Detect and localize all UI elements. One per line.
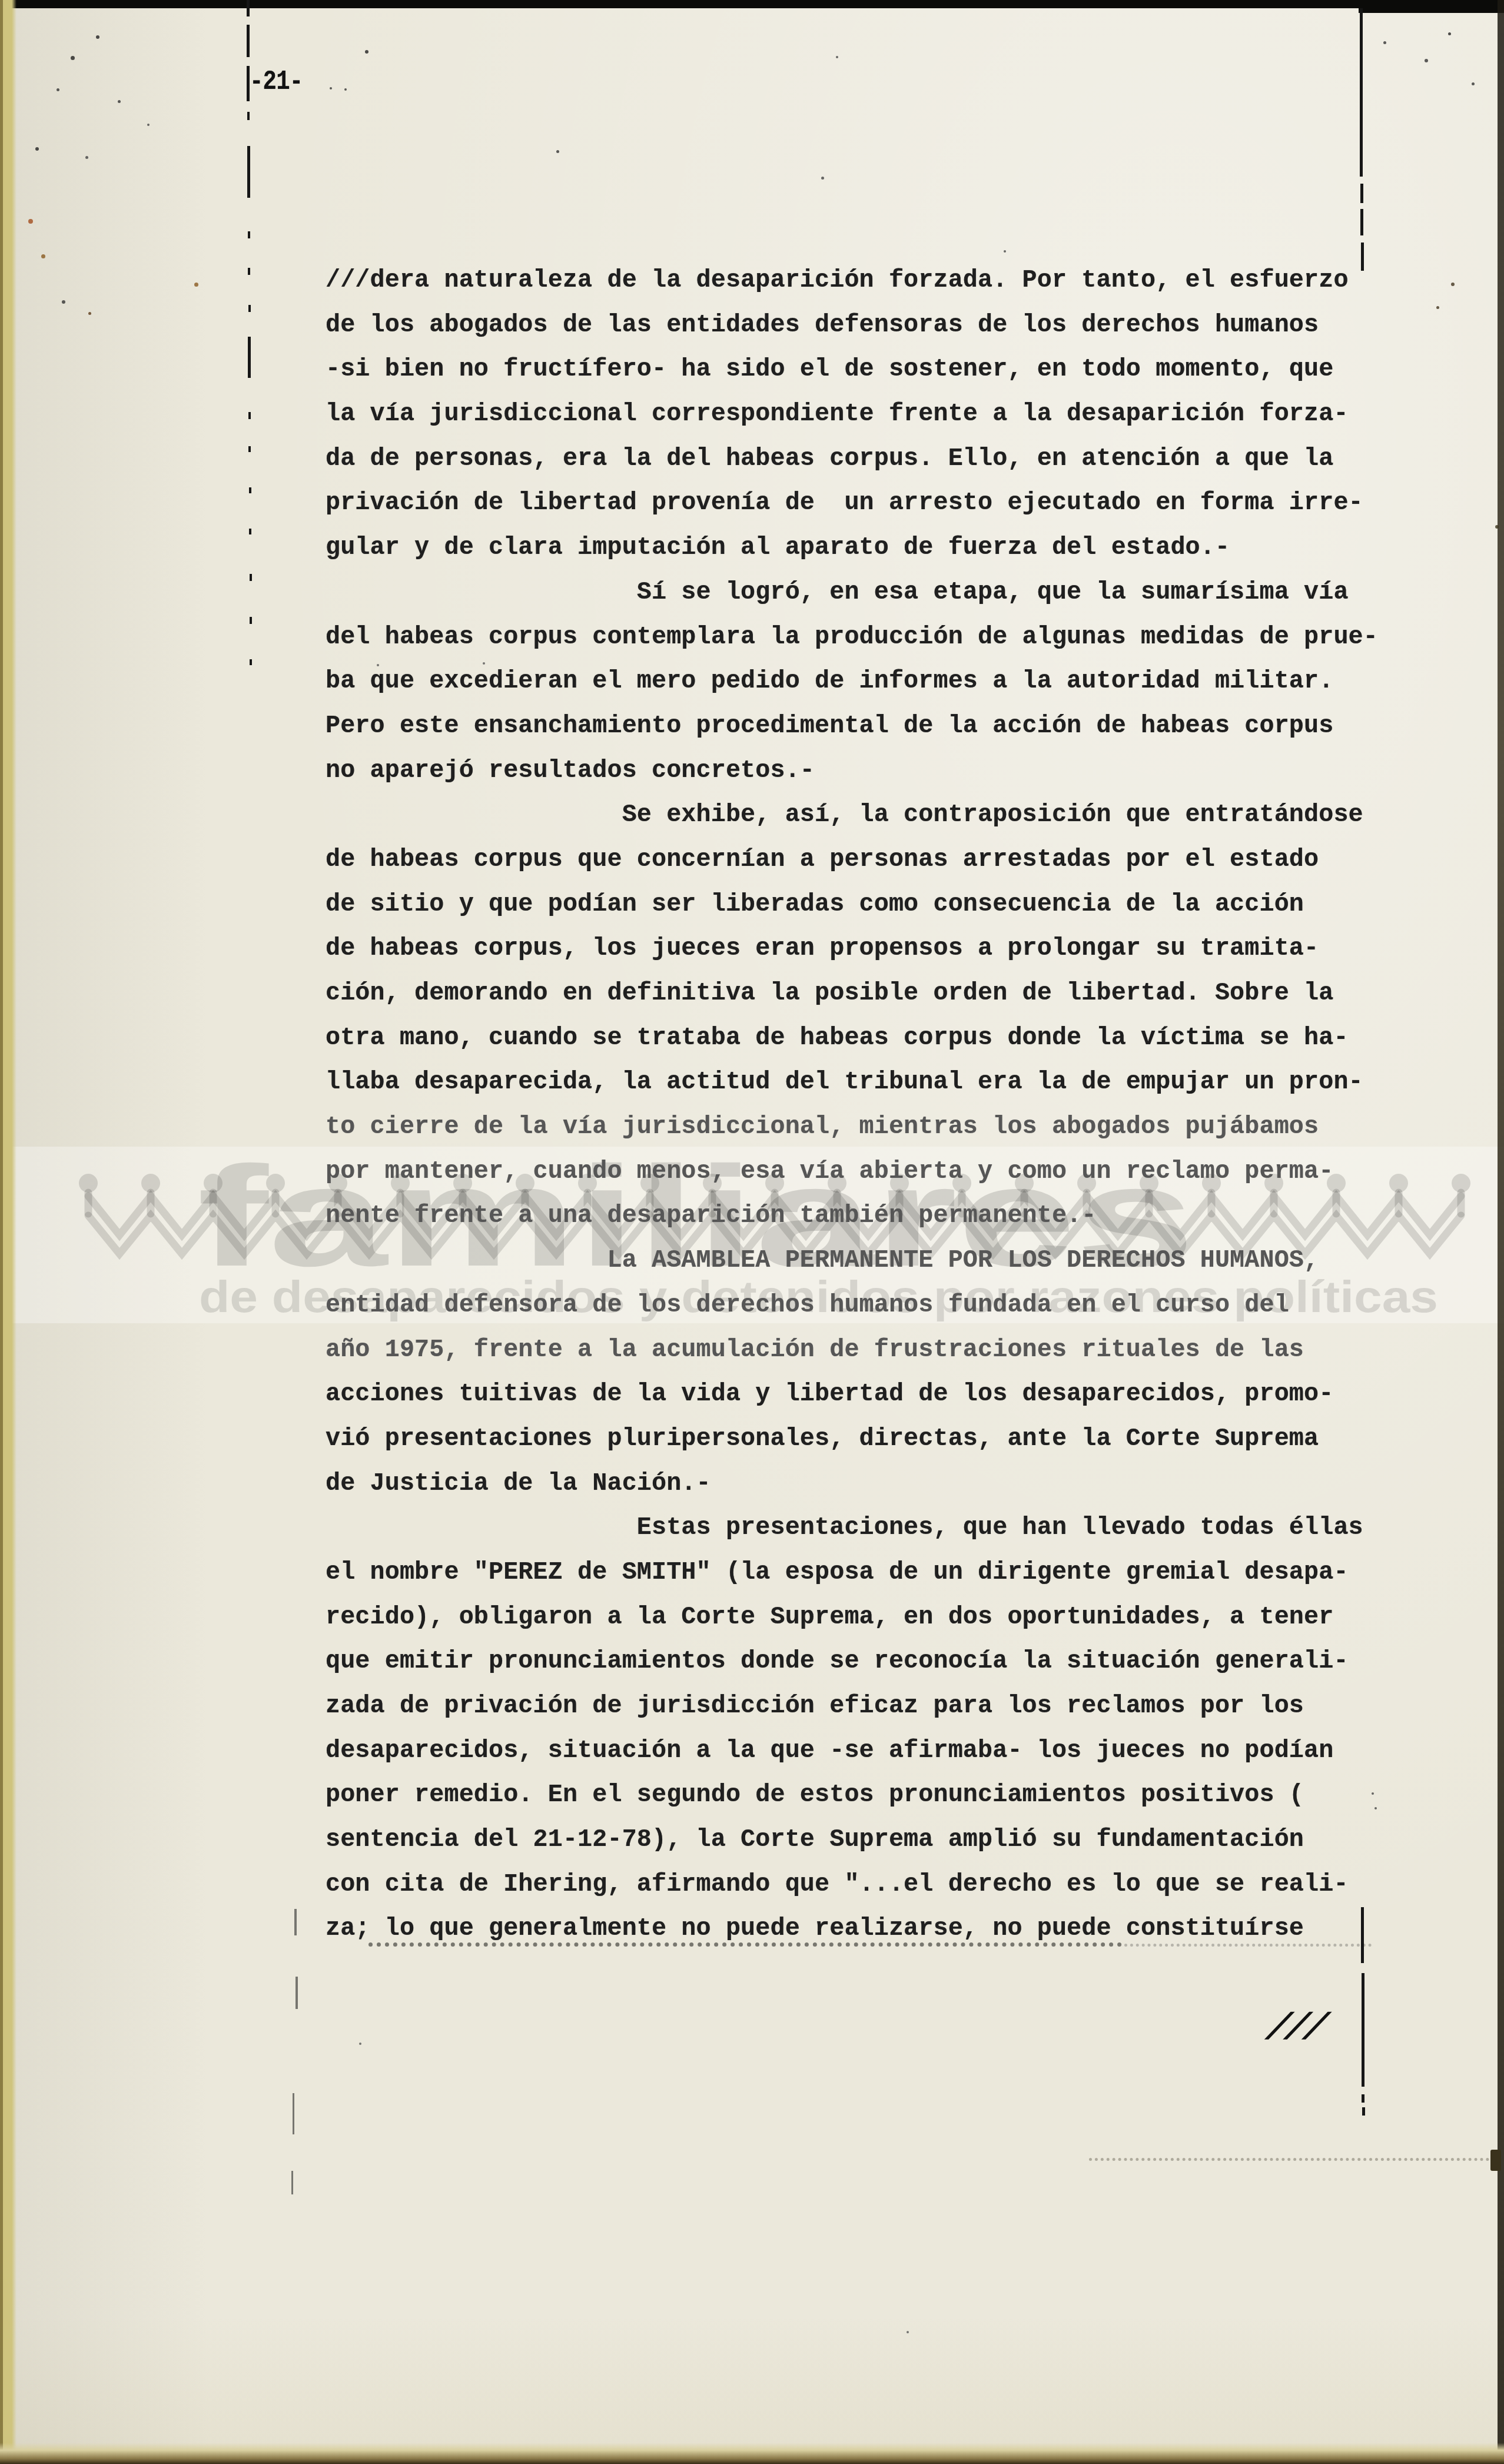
text-line: de los abogados de las entidades defenso… — [326, 303, 1378, 348]
text-line: con cita de Ihering, afirmando que "...e… — [326, 1862, 1378, 1907]
text-line: gular y de clara imputación al aparato d… — [326, 526, 1378, 570]
text-line: recido), obligaron a la Corte Suprema, e… — [326, 1595, 1378, 1640]
text-line: to cierre de la vía jurisdiccional, mien… — [326, 1105, 1378, 1150]
text-line: la vía jurisdiccional correspondiente fr… — [326, 392, 1378, 437]
text-line: que emitir pronunciamientos donde se rec… — [326, 1639, 1378, 1684]
text-line: Sí se logró, en esa etapa, que la sumarí… — [326, 570, 1378, 615]
continuation-mark: /// — [1263, 2011, 1326, 2048]
text-line: de habeas corpus, los jueces eran propen… — [326, 927, 1378, 971]
scanned-document: { "page": { "page_number": "-21-", "cont… — [0, 0, 1504, 2464]
text-line: otra mano, cuando se trataba de habeas c… — [326, 1016, 1378, 1061]
text-line: vió presentaciones pluripersonales, dire… — [326, 1417, 1378, 1462]
text-line: ///dera naturaleza de la desaparición fo… — [326, 258, 1378, 303]
text-line: poner remedio. En el segundo de estos pr… — [326, 1773, 1378, 1818]
typed-text-body: ///dera naturaleza de la desaparición fo… — [326, 258, 1378, 1951]
text-line: el nombre "PEREZ de SMITH" (la esposa de… — [326, 1550, 1378, 1595]
text-line: entidad defensora de los derechos humano… — [326, 1283, 1378, 1328]
text-line: por mantener, cuando menos, esa vía abie… — [326, 1150, 1378, 1194]
text-line: nente frente a una desaparición también … — [326, 1194, 1378, 1238]
text-line: Pero este ensanchamiento procedimental d… — [326, 704, 1378, 749]
text-line: sentencia del 21-12-78), la Corte Suprem… — [326, 1818, 1378, 1862]
bottom-dotted-line — [1089, 2158, 1495, 2161]
text-line: de sitio y que podían ser liberadas como… — [326, 882, 1378, 927]
top-edge-bar — [0, 0, 1504, 8]
right-edge-strip — [1498, 0, 1504, 2464]
text-line: La ASAMBLEA PERMANENTE POR LOS DERECHOS … — [326, 1238, 1378, 1283]
edge-ink-blob — [1490, 2150, 1501, 2171]
left-edge-strip — [0, 0, 16, 2464]
text-line: llaba desaparecida, la actitud del tribu… — [326, 1060, 1378, 1105]
ink-smudge-line-faint — [1124, 1944, 1372, 1947]
text-line: del habeas corpus contemplara la producc… — [326, 615, 1378, 660]
text-line: ción, demorando en definitiva la posible… — [326, 971, 1378, 1016]
text-line: Estas presentaciones, que han llevado to… — [326, 1506, 1378, 1550]
text-line: de habeas corpus que concernían a person… — [326, 838, 1378, 882]
ink-smudge-line — [368, 1942, 1122, 1947]
page-number: -21- — [250, 68, 303, 95]
text-line: privación de libertad provenía de un arr… — [326, 481, 1378, 526]
text-line: da de personas, era la del habeas corpus… — [326, 437, 1378, 481]
text-line: -si bien no fructífero- ha sido el de so… — [326, 347, 1378, 392]
text-line: zada de privación de jurisdicción eficaz… — [326, 1684, 1378, 1729]
text-line: año 1975, frente a la acumulación de fru… — [326, 1328, 1378, 1373]
text-line: Se exhibe, así, la contraposición que en… — [326, 793, 1378, 838]
text-line: no aparejó resultados concretos.- — [326, 749, 1378, 793]
text-line: ba que excedieran el mero pedido de info… — [326, 659, 1378, 704]
text-line: acciones tuitivas de la vida y libertad … — [326, 1372, 1378, 1417]
text-line: de Justicia de la Nación.- — [326, 1462, 1378, 1506]
bottom-edge-strip — [0, 2443, 1504, 2464]
text-line: desaparecidos, situación a la que -se af… — [326, 1729, 1378, 1774]
top-edge-bar-right — [1359, 0, 1504, 13]
